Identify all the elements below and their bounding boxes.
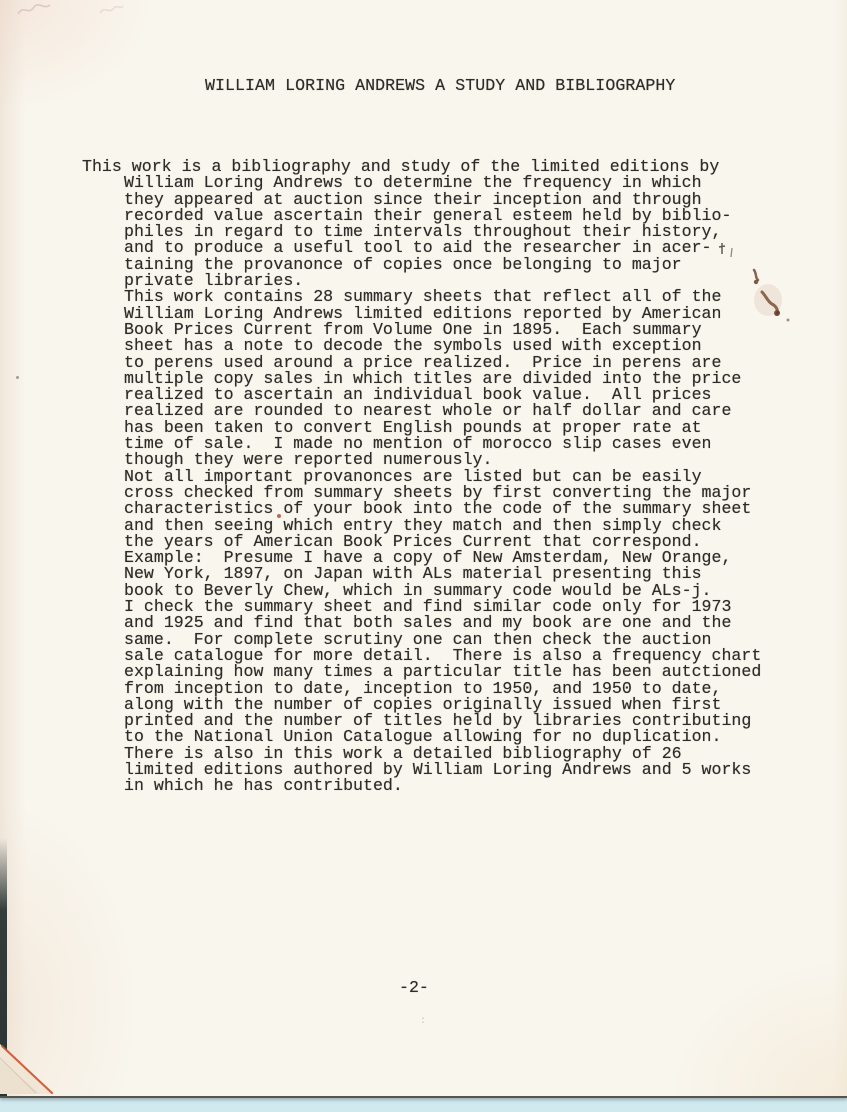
page-number: -2-: [399, 978, 429, 997]
body-line: in which he has contributed.: [124, 778, 802, 794]
body-text: This work is a bibliography and study of…: [82, 159, 802, 795]
scanned-page: : WILLIAM LORING ANDREWS A STUDY AND BIB…: [0, 0, 847, 1112]
document-title: WILLIAM LORING ANDREWS A STUDY AND BIBLI…: [205, 76, 675, 95]
